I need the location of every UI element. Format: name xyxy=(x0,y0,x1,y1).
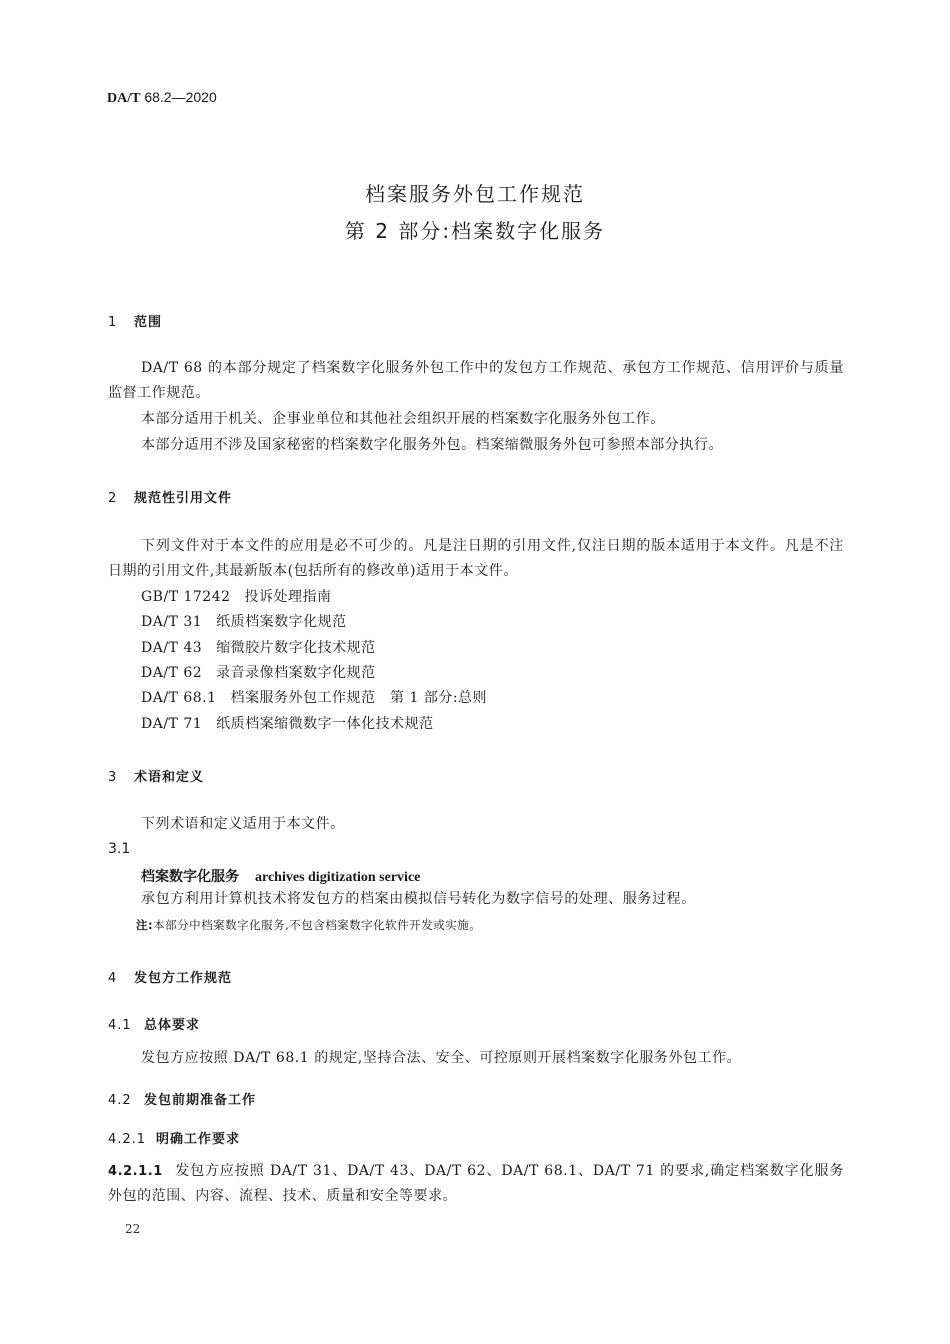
standard-number: 68.2—2020 xyxy=(144,89,216,105)
term-chinese: 档案数字化服务 xyxy=(141,869,239,885)
section-1-paragraph-3: 本部分适用不涉及国家秘密的档案数字化服务外包。档案缩微服务外包可参照本部分执行。 xyxy=(108,433,844,458)
section-1-paragraph-1: DA/T 68 的本部分规定了档案数字化服务外包工作中的发包方工作规范、承包方工… xyxy=(108,356,844,406)
section-4-heading: 4发包方工作规范 xyxy=(108,967,232,986)
reference-item: DA/T 71纸质档案缩微数字一体化技术规范 xyxy=(141,713,434,733)
section-2-intro: 下列文件对于本文件的应用是必不可少的。凡是注日期的引用文件,仅注日期的版本适用于… xyxy=(108,534,844,584)
reference-item: DA/T 43缩微胶片数字化技术规范 xyxy=(141,637,376,657)
standard-prefix: DA/T xyxy=(107,91,140,106)
section-4-1-heading: 4.1总体要求 xyxy=(108,1014,200,1033)
standard-code: DA/T 68.2—2020 xyxy=(107,89,217,107)
reference-item: DA/T 62录音录像档案数字化规范 xyxy=(141,662,376,682)
section-4-1-text: 发包方应按照 DA/T 68.1 的规定,坚持合法、安全、可控原则开展档案数字化… xyxy=(108,1046,844,1071)
reference-item: DA/T 31纸质档案数字化规范 xyxy=(141,611,347,631)
term-number: 3.1 xyxy=(108,841,130,857)
term-entry: 档案数字化服务archives digitization service xyxy=(141,866,420,886)
reference-item: GB/T 17242投诉处理指南 xyxy=(141,586,332,606)
section-2-heading: 2规范性引用文件 xyxy=(108,487,232,506)
section-4-2-heading: 4.2发包前期准备工作 xyxy=(108,1089,256,1108)
section-4-2-1-heading: 4.2.1明确工作要求 xyxy=(108,1128,240,1147)
term-english: archives digitization service xyxy=(255,870,420,885)
reference-item: DA/T 68.1档案服务外包工作规范 第 1 部分:总则 xyxy=(141,687,487,707)
document-subtitle: 第 2 部分:档案数字化服务 xyxy=(0,215,950,244)
section-1-paragraph-2: 本部分适用于机关、企事业单位和其他社会组织开展的档案数字化服务外包工作。 xyxy=(108,407,844,432)
document-title: 档案服务外包工作规范 xyxy=(0,178,950,207)
term-note: 注:本部分中档案数字化服务,不包含档案数字化软件开发或实施。 xyxy=(136,917,481,933)
section-3-heading: 3术语和定义 xyxy=(108,766,204,785)
section-1-heading: 1范围 xyxy=(108,311,162,330)
section-3-intro: 下列术语和定义适用于本文件。 xyxy=(108,812,844,837)
page-number: 22 xyxy=(125,1222,140,1236)
clause-4-2-1-1: 4.2.1.1发包方应按照 DA/T 31、DA/T 43、DA/T 62、DA… xyxy=(108,1159,844,1209)
term-definition: 承包方利用计算机技术将发包方的档案由模拟信号转化为数字信号的处理、服务过程。 xyxy=(141,887,696,912)
